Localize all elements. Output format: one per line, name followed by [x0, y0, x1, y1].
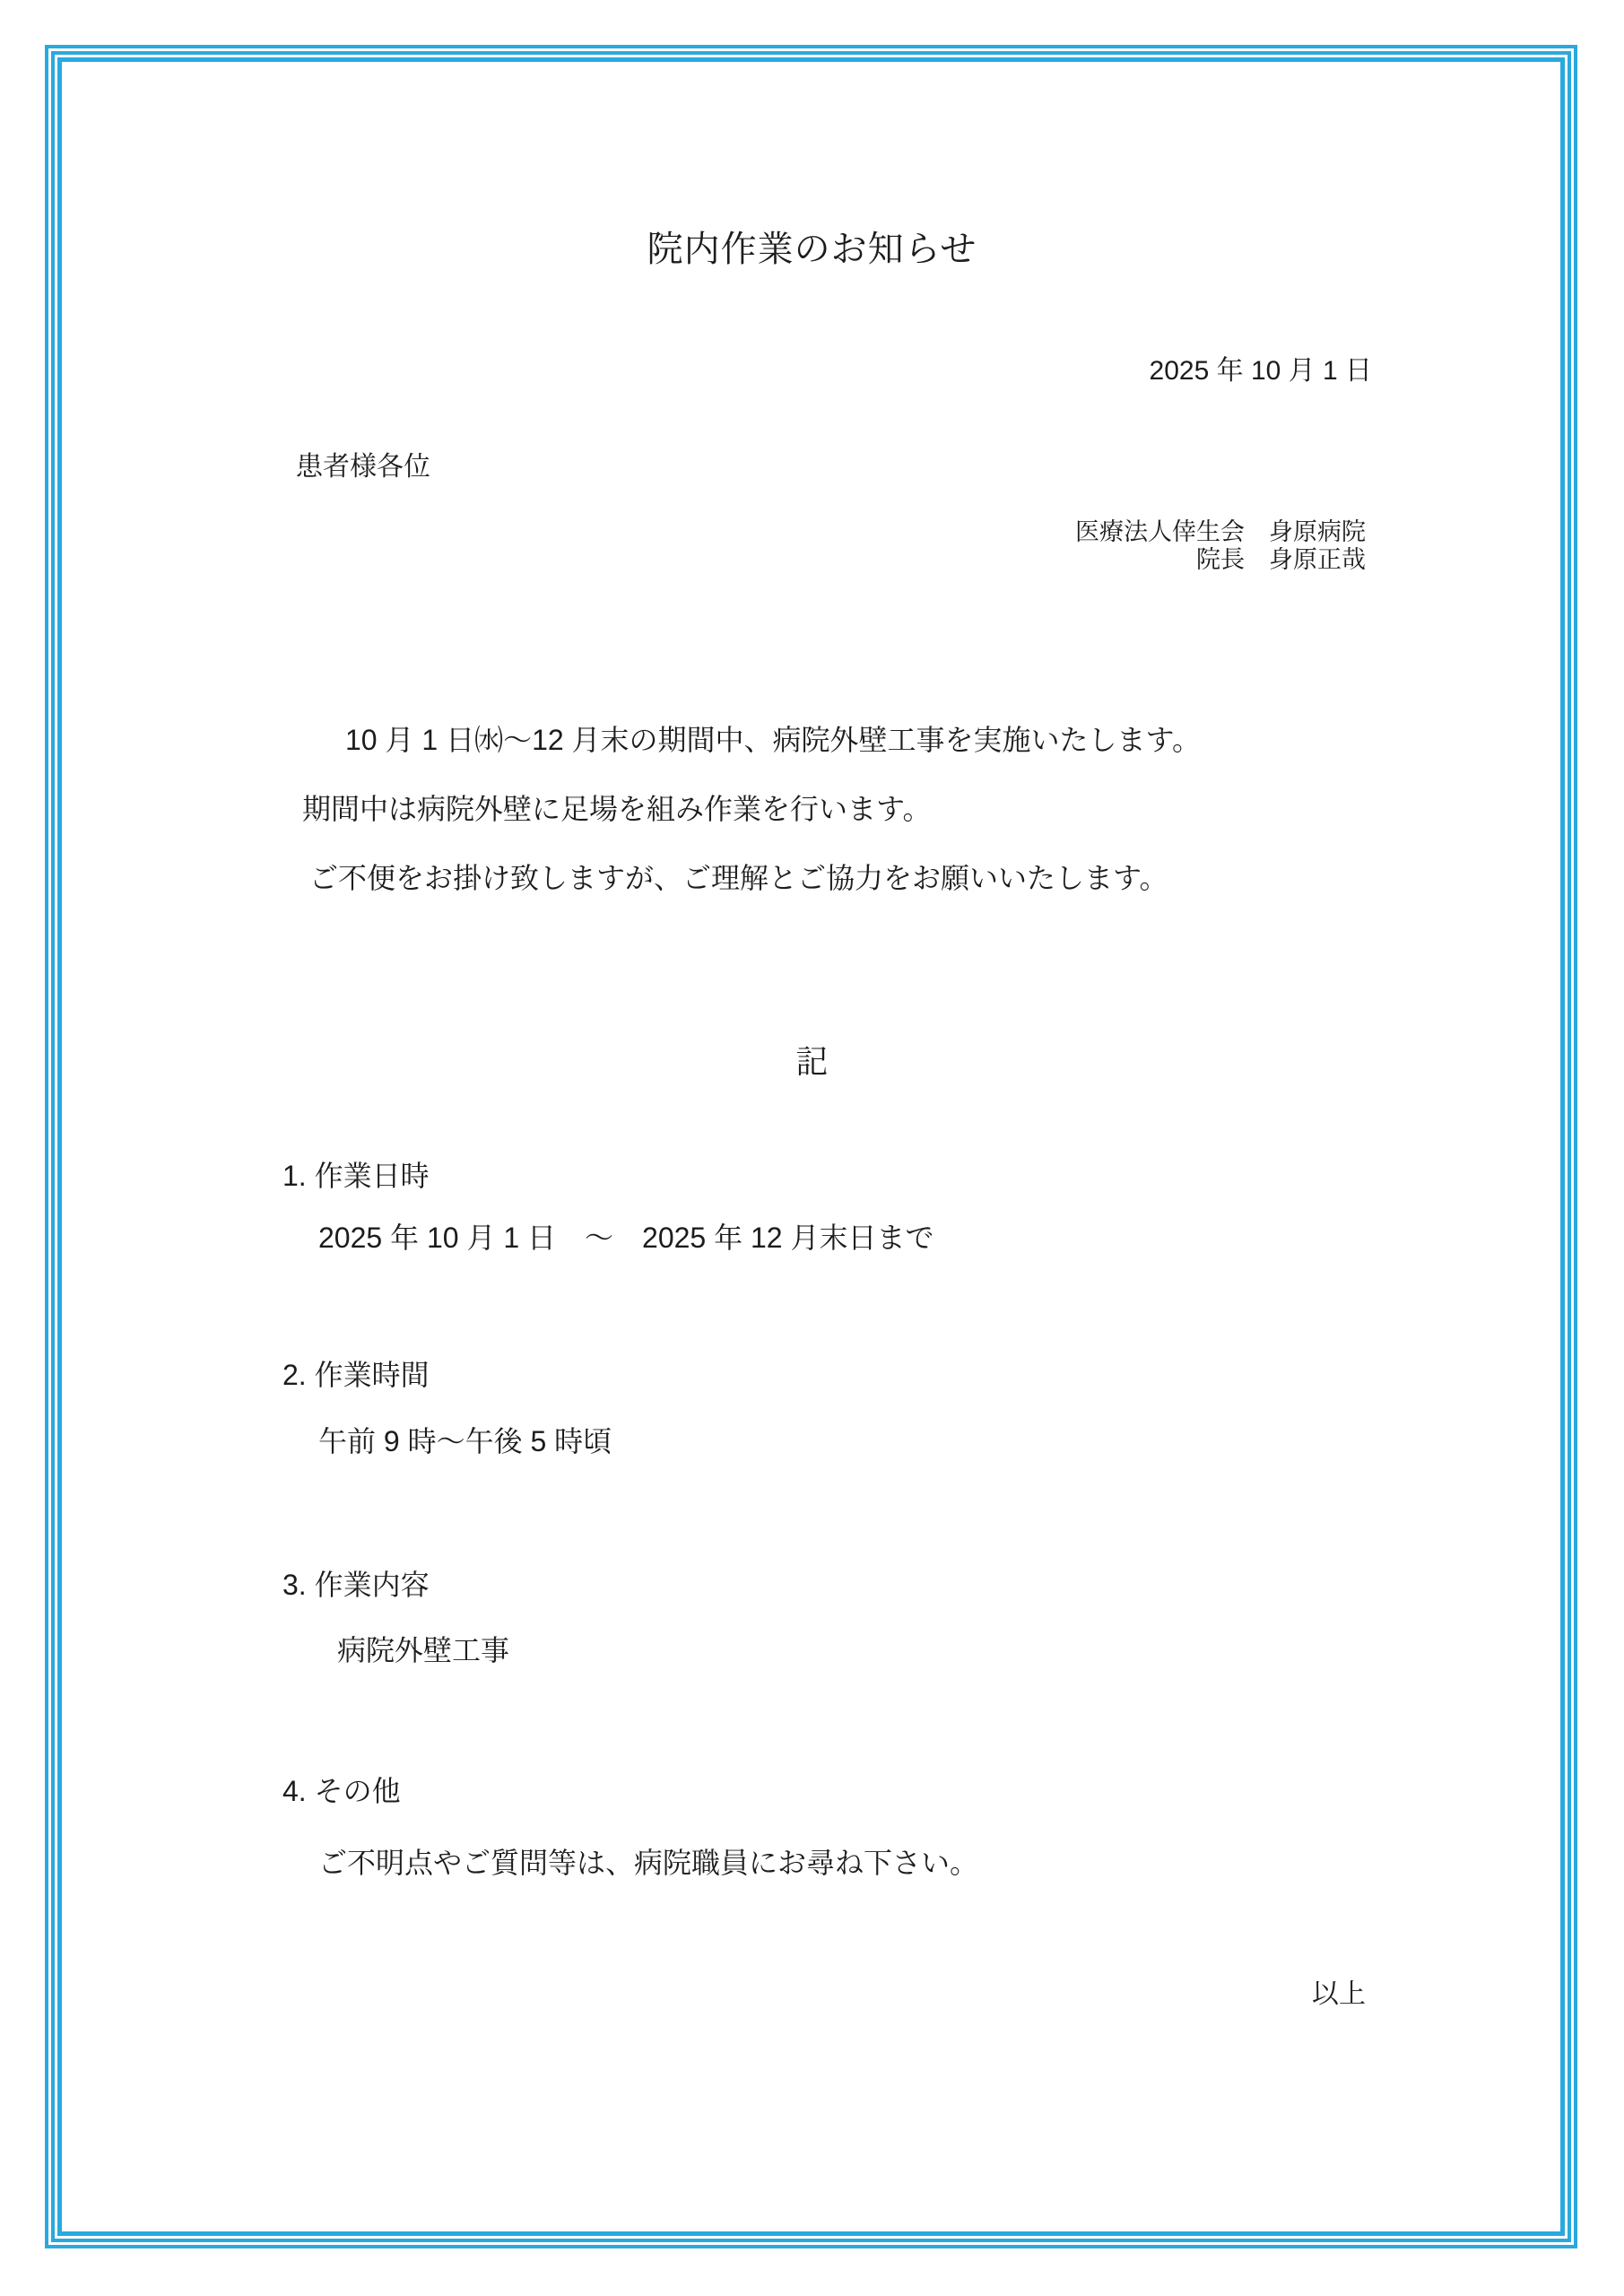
body-paragraph-line-3: ご不便をお掛け致しますが、ご理解とご協力をお願いいたします。	[309, 856, 1168, 897]
item-1-value: 2025 年 10 月 1 日 ～ 2025 年 12 月末日まで	[318, 1215, 934, 1257]
document-title: 院内作業のお知らせ	[0, 221, 1624, 272]
issue-date: 2025 年 10 月 1 日	[1150, 348, 1372, 387]
body-paragraph-line-2: 期間中は病院外壁に足場を組み作業を行います。	[302, 787, 931, 828]
recipient-line: 患者様各位	[296, 444, 430, 483]
item-1-label: 1. 作業日時	[282, 1153, 430, 1195]
body-paragraph-line-1: 10 月 1 日㈬～12 月末の期間中、病院外壁工事を実施いたします。	[345, 717, 1201, 759]
item-3-value: 病院外壁工事	[337, 1628, 509, 1669]
item-2-label: 2. 作業時間	[282, 1352, 430, 1394]
item-3-label: 3. 作業内容	[282, 1562, 430, 1604]
notice-document-page: 院内作業のお知らせ 2025 年 10 月 1 日 患者様各位 医療法人倖生会 …	[0, 0, 1624, 2296]
closing-marker: 以上	[1312, 1971, 1366, 2011]
record-marker: 記	[0, 1037, 1624, 1083]
item-4-label: 4. その他	[282, 1769, 401, 1810]
item-2-value: 午前 9 時～午後 5 時頃	[318, 1419, 612, 1460]
sender-director: 院長 身原正哉	[1075, 546, 1366, 574]
sender-block: 医療法人倖生会 身原病院 院長 身原正哉	[1075, 518, 1366, 574]
sender-organization: 医療法人倖生会 身原病院	[1075, 518, 1366, 546]
item-4-value: ご不明点やご質問等は、病院職員にお尋ね下さい。	[318, 1840, 978, 1882]
